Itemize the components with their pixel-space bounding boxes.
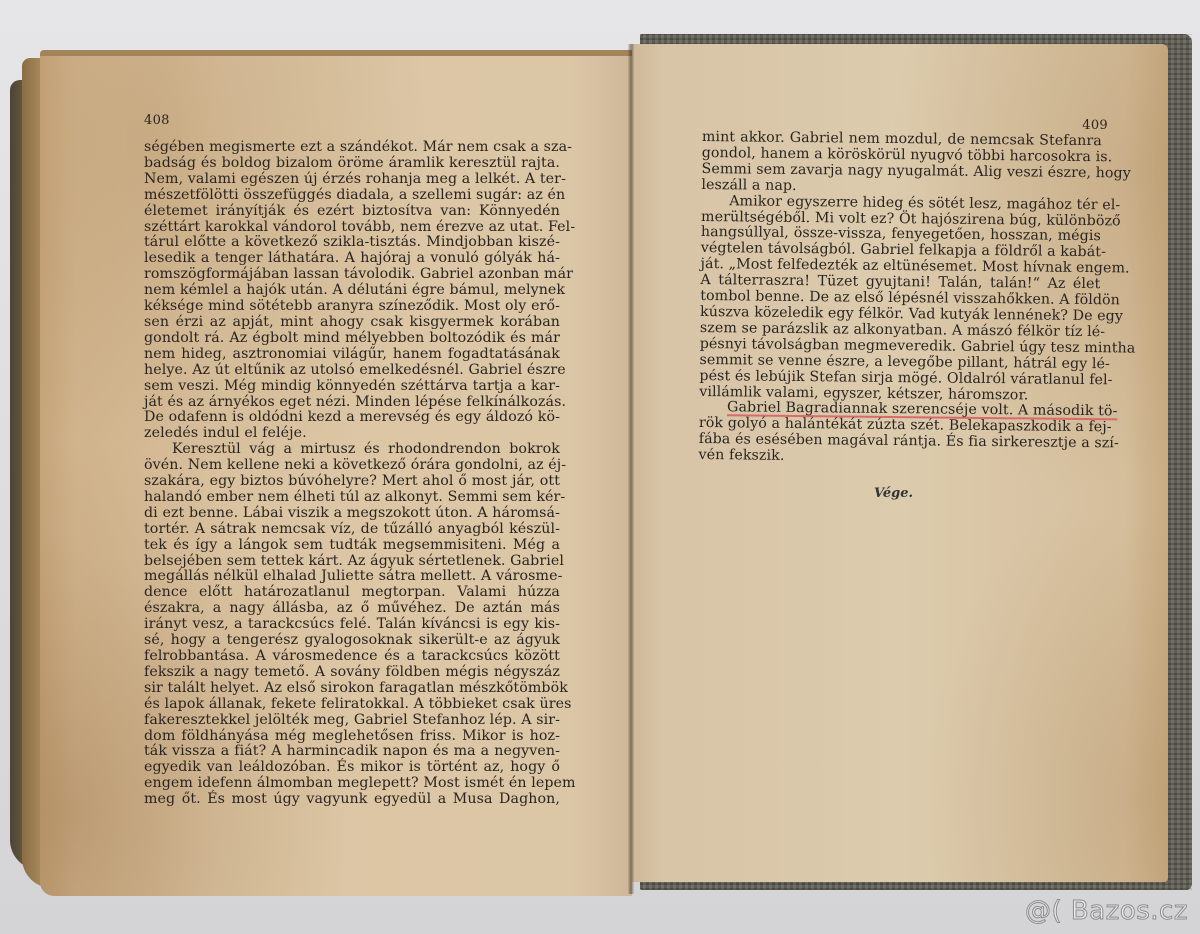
text-line: dom földhányása még meglehetősen friss. … — [144, 729, 560, 745]
text-line: irányt vesz, a tarackcsúcs felé. Talán k… — [144, 617, 560, 633]
text-line: tortér. A sátrak nemcsak víz, de tűzálló… — [144, 522, 560, 538]
text-line: életemet irányítják és ezért biztosítva … — [144, 204, 560, 220]
page-number-right: 409 — [1082, 118, 1108, 133]
text-line: tek és így a lángok sem tudták megsemmis… — [144, 538, 560, 554]
text-line: romszögformájában lassan távolodik. Gabr… — [144, 267, 560, 283]
text-line: övén. Nem kellene neki a következő órára… — [144, 458, 560, 474]
text-line: tárul előtte a következő szikla-tisztás.… — [144, 235, 560, 251]
text-line: kéksége mind sötétebb aranyra színeződik… — [144, 299, 560, 315]
right-page: 409 mint akkor. Gabriel nem mozdul, de n… — [632, 44, 1168, 882]
text-line: Keresztül vág a mirtusz és rhodondrendon… — [144, 442, 560, 458]
text-line: megállás nélkül elhalad Juliette sátra m… — [144, 569, 560, 585]
text-line: halandó ember nem élheti túl az alkonyt.… — [144, 490, 560, 506]
text-line: szakára, egy biztos búvóhelyre? Mert aho… — [144, 474, 560, 490]
text-line: nem kémlel a hajók után. A délutáni égre… — [144, 283, 560, 299]
text-line: fekszik a nagy temető. A sovány földben … — [144, 665, 560, 681]
text-line: és lapok állanak, fekete feliratokkal. A… — [144, 697, 560, 713]
text-line: ját és az árnyékos eget nézi. Minden lép… — [144, 395, 560, 411]
text-line: északra, a nagy állásba, az ő művéhez. D… — [144, 601, 560, 617]
text-line: helye. Az út eltűnik az utolsó emelkedés… — [144, 363, 560, 379]
left-page-text: ségében megismerte ezt a szándékot. Már … — [144, 140, 560, 808]
text-line: egyedik van leáldozóban. És mikor is tör… — [144, 760, 560, 776]
page-number-left: 408 — [144, 113, 170, 128]
text-line: Nem, valami egészen új érzés rohanja meg… — [144, 172, 560, 188]
text-line: mészetfölötti összefüggés diadala, a sze… — [144, 188, 560, 204]
text-line: meg őt. És most úgy vagyunk egyedül a Mu… — [144, 792, 560, 808]
text-line: engem idefenn álmomban meglepett? Most i… — [144, 776, 560, 792]
end-mark: Vége. — [874, 486, 913, 501]
text-line: badság és boldog bizalom öröme áramlik k… — [144, 156, 560, 172]
text-line: lesedik a tenger láthatára. A hajóraj a … — [144, 251, 560, 267]
text-line: fakeresztekkel jelölték meg, Gabriel Ste… — [144, 713, 560, 729]
text-line: dence előtt határozatlanul megtorpan. Va… — [144, 585, 560, 601]
text-line: sen érzi az apját, mint ahogy csak kisgy… — [144, 315, 560, 331]
text-line: sem veszi. Még mindig könnyedén széttárv… — [144, 379, 560, 395]
watermark-logo: @( Bazos.cz — [1025, 896, 1188, 926]
left-page: 408 ségében megismerte ezt a szándékot. … — [40, 50, 632, 896]
text-line: De odafenn is oldódni kezd a merevség és… — [144, 410, 560, 426]
text-line: ták vissza a fiát? A harmincadik napon é… — [144, 744, 560, 760]
text-line: nem hideg, asztronomiai világűr, hanem f… — [144, 347, 560, 363]
text-line: belsejében sem tettek kárt. Az ágyuk sér… — [144, 554, 560, 570]
text-line: sé, hogy a tengerész gyalogosoknak siker… — [144, 633, 560, 649]
text-line: ségében megismerte ezt a szándékot. Már … — [144, 140, 560, 156]
right-page-text: mint akkor. Gabriel nem mozdul, de nemcs… — [699, 130, 1102, 468]
text-line: sir talált helyet. Az első sirokon farag… — [144, 681, 560, 697]
book-gutter — [628, 44, 634, 894]
text-line: széttárt karokkal vándorol tovább, nem é… — [144, 220, 560, 236]
text-line: zeledés indul el feléje. — [144, 426, 560, 442]
text-line: di ezt benne. Lábai viszik a megszokott … — [144, 506, 560, 522]
text-line: gondolt rá. Az égbolt mind mélyebben bol… — [144, 331, 560, 347]
text-line: felrobbantása. A városmedence és a tarac… — [144, 649, 560, 665]
